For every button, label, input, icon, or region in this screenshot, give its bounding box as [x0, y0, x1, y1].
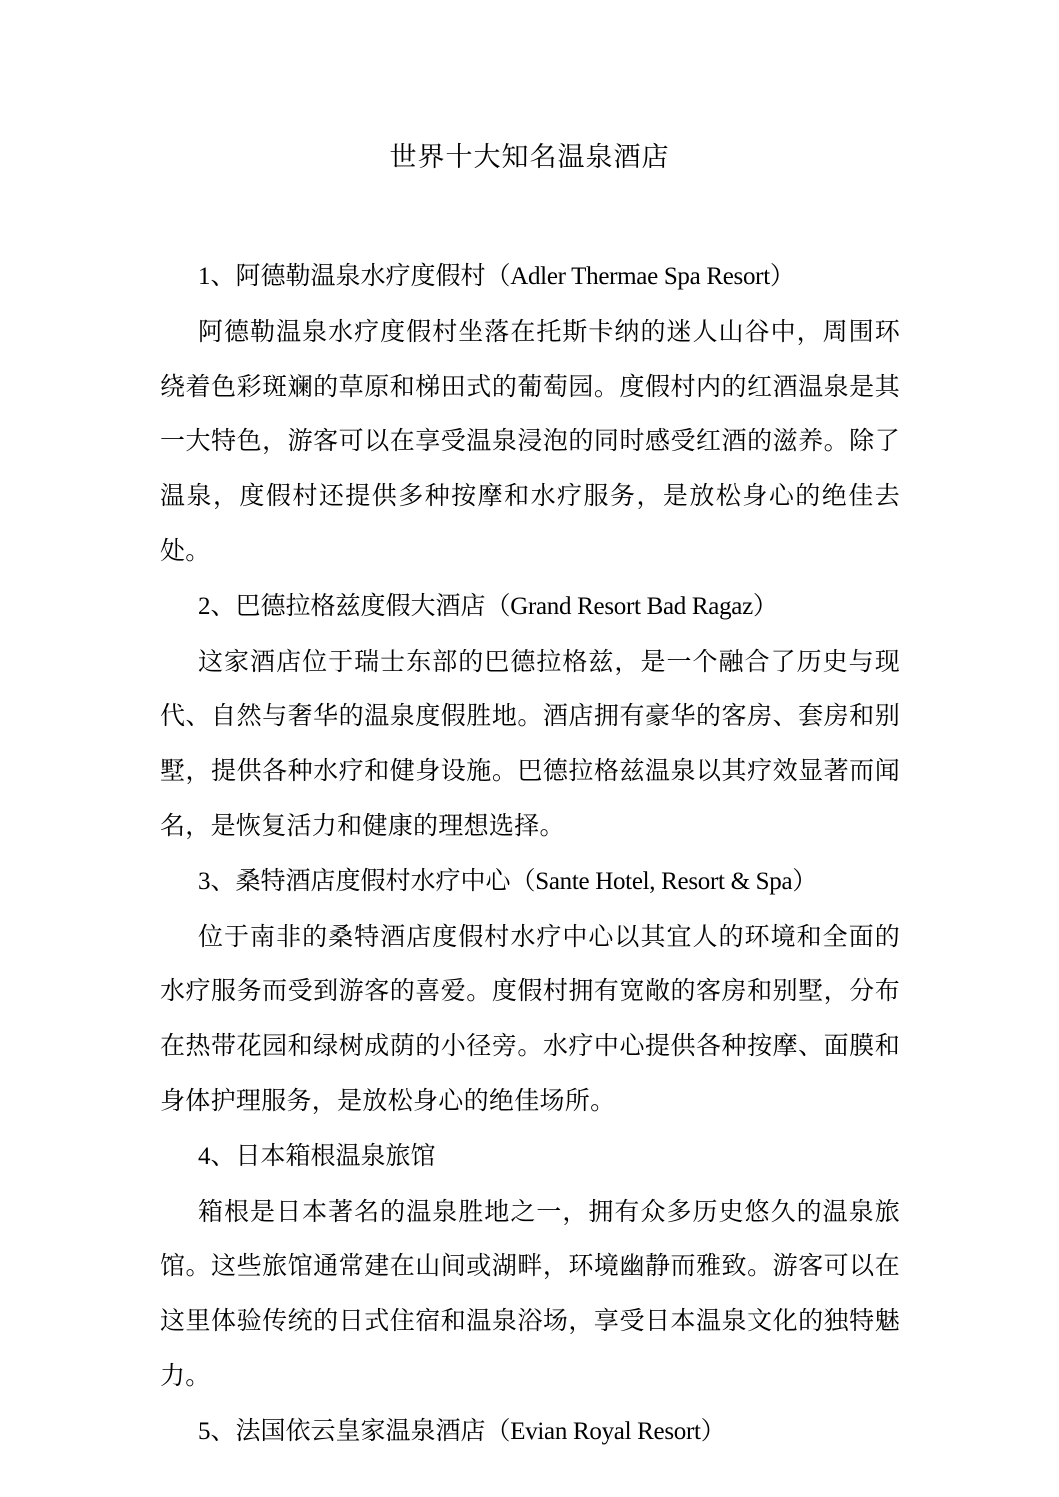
section-name-en: （Sante Hotel, Resort & Spa）	[511, 868, 817, 895]
section-number: 2、	[198, 593, 236, 620]
section-number: 5、	[198, 1418, 236, 1445]
section-number: 1、	[198, 263, 236, 290]
section-body-4: 箱根是日本著名的温泉胜地之一，拥有众多历史悠久的温泉旅馆。这些旅馆通常建在山间或…	[160, 1185, 900, 1404]
section-heading-1: 1、阿德勒温泉水疗度假村（Adler Thermae Spa Resort）	[160, 249, 900, 305]
document-title: 世界十大知名温泉酒店	[0, 138, 1059, 178]
section-name-cn: 阿德勒温泉水疗度假村	[236, 261, 486, 290]
document-page: 世界十大知名温泉酒店 1、阿德勒温泉水疗度假村（Adler Thermae Sp…	[0, 0, 1059, 1497]
section-name-en: （Evian Royal Resort）	[486, 1418, 726, 1445]
section-number: 3、	[198, 868, 236, 895]
section-number: 4、	[198, 1143, 236, 1170]
section-heading-4: 4、日本箱根温泉旅馆	[160, 1129, 900, 1185]
section-name-cn: 桑特酒店度假村水疗中心	[236, 866, 511, 895]
section-name-en: （Adler Thermae Spa Resort）	[486, 263, 795, 290]
section-heading-2: 2、巴德拉格兹度假大酒店（Grand Resort Bad Ragaz）	[160, 579, 900, 635]
section-heading-3: 3、桑特酒店度假村水疗中心（Sante Hotel, Resort & Spa）	[160, 854, 900, 910]
section-name-cn: 巴德拉格兹度假大酒店	[236, 591, 486, 620]
section-heading-5: 5、法国依云皇家温泉酒店（Evian Royal Resort）	[160, 1404, 900, 1460]
section-body-2: 这家酒店位于瑞士东部的巴德拉格兹，是一个融合了历史与现代、自然与奢华的温泉度假胜…	[160, 635, 900, 854]
document-body: 1、阿德勒温泉水疗度假村（Adler Thermae Spa Resort） 阿…	[160, 249, 900, 1460]
section-name-cn: 法国依云皇家温泉酒店	[236, 1416, 486, 1445]
section-body-3: 位于南非的桑特酒店度假村水疗中心以其宜人的环境和全面的水疗服务而受到游客的喜爱。…	[160, 910, 900, 1129]
section-body-1: 阿德勒温泉水疗度假村坐落在托斯卡纳的迷人山谷中，周围环绕着色彩斑斓的草原和梯田式…	[160, 305, 900, 579]
section-name-cn: 日本箱根温泉旅馆	[236, 1141, 436, 1170]
section-name-en: （Grand Resort Bad Ragaz）	[486, 593, 778, 620]
